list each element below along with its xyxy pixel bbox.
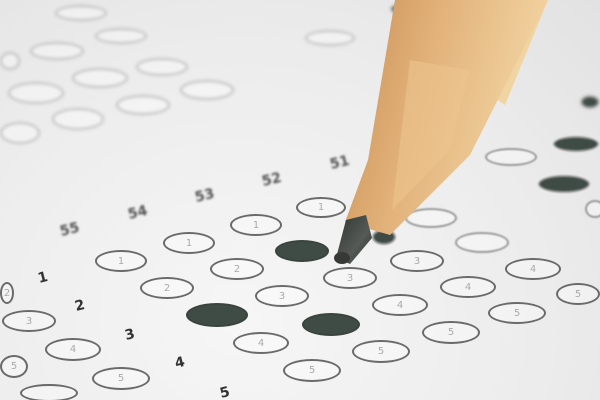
answer-sheet-photo: 11112223333444445555555123455554535251: [0, 0, 600, 400]
pencil-icon: [0, 0, 600, 400]
